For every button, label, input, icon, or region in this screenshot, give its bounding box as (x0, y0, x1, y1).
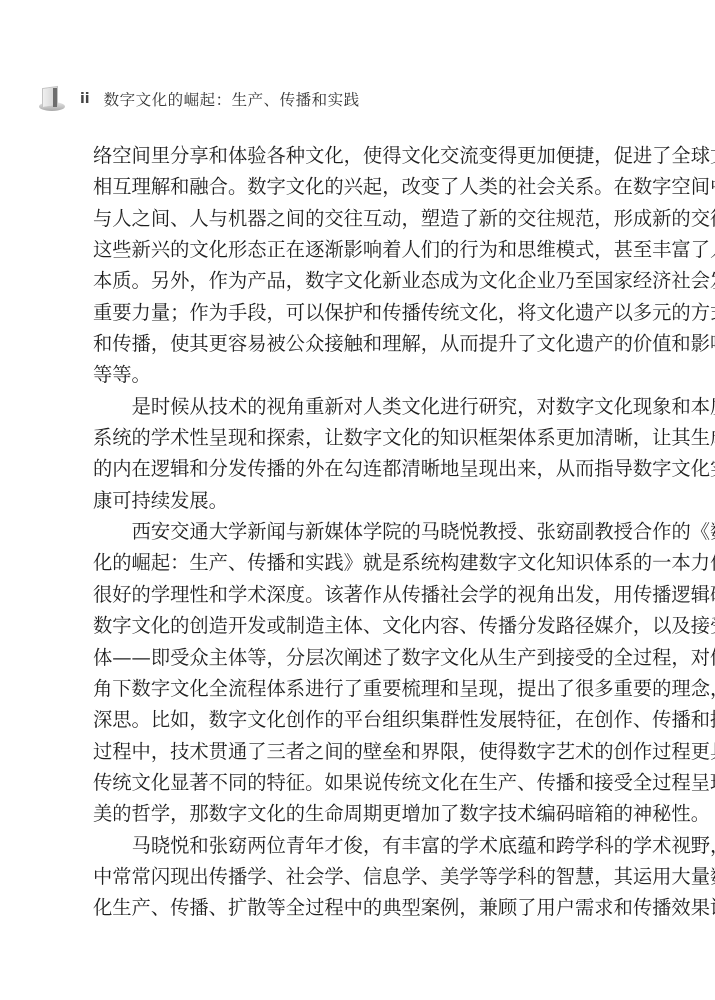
text-line: 传统文化显著不同的特征。如果说传统文化在生产、传播和接受全过程呈现的是 (93, 767, 624, 798)
text-line: 深思。比如，数字文化创作的平台组织集群性发展特征，在创作、传播和接受的 (93, 704, 624, 735)
paragraph-3: 西安交通大学新闻与新媒体学院的马晓悦教授、张窈副教授合作的《数字文 化的崛起：生… (93, 516, 624, 829)
text-line: 数字文化的创造开发或制造主体、文化内容、传播分发路径媒介，以及接受主 (93, 610, 624, 641)
text-line: 本质。另外，作为产品，数字文化新业态成为文化企业乃至国家经济社会发展的 (93, 265, 624, 296)
paragraph-1: 络空间里分享和体验各种文化，使得文化交流变得更加便捷，促进了全球文化的 相互理解… (93, 140, 624, 391)
text-line: 很好的学理性和学术深度。该著作从传播社会学的视角出发，用传播逻辑研究 (93, 579, 624, 610)
running-header: ii 数字文化的崛起：生产、传播和实践 (36, 82, 360, 116)
text-line: 和传播，使其更容易被公众接触和理解，从而提升了文化遗产的价值和影响力， (93, 328, 624, 359)
text-line: 西安交通大学新闻与新媒体学院的马晓悦教授、张窈副教授合作的《数字文 (93, 516, 624, 547)
text-line: 过程中，技术贯通了三者之间的壁垒和界限，使得数字艺术的创作过程更具有与 (93, 736, 624, 767)
text-line: 体——即受众主体等，分层次阐述了数字文化从生产到接受的全过程，对传播视 (93, 642, 624, 673)
text-line: 等等。 (93, 359, 624, 390)
text-line: 的内在逻辑和分发传播的外在勾连都清晰地呈现出来，从而指导数字文化实现健 (93, 453, 624, 484)
text-line: 这些新兴的文化形态正在逐渐影响着人们的行为和思维模式，甚至丰富了人类的 (93, 234, 624, 265)
paragraph-4: 马晓悦和张窈两位青年才俊，有丰富的学术底蕴和跨学科的学术视野，著作 中常常闪现出… (93, 830, 624, 924)
text-line: 美的哲学，那数字文化的生命周期更增加了数字技术编码暗箱的神秘性。 (93, 798, 624, 829)
running-title: 数字文化的崛起：生产、传播和实践 (104, 88, 360, 110)
book-lamp-icon (36, 84, 70, 114)
text-line: 是时候从技术的视角重新对人类文化进行研究，对数字文化现象和本质进行 (93, 391, 624, 422)
text-line: 化生产、传播、扩散等全过程中的典型案例，兼顾了用户需求和传播效果评估等 (93, 892, 624, 923)
text-line: 康可持续发展。 (93, 485, 624, 516)
text-line: 角下数字文化全流程体系进行了重要梳理和呈现，提出了很多重要的理念，引人 (93, 673, 624, 704)
text-line: 络空间里分享和体验各种文化，使得文化交流变得更加便捷，促进了全球文化的 (93, 140, 624, 171)
text-line: 重要力量；作为手段，可以保护和传播传统文化，将文化遗产以多元的方式呈现 (93, 297, 624, 328)
body-text: 络空间里分享和体验各种文化，使得文化交流变得更加便捷，促进了全球文化的 相互理解… (93, 140, 624, 924)
text-line: 系统的学术性呈现和探索，让数字文化的知识框架体系更加清晰，让其生成发展 (93, 422, 624, 453)
text-line: 马晓悦和张窈两位青年才俊，有丰富的学术底蕴和跨学科的学术视野，著作 (93, 830, 624, 861)
page-number: ii (80, 91, 90, 107)
paragraph-2: 是时候从技术的视角重新对人类文化进行研究，对数字文化现象和本质进行 系统的学术性… (93, 391, 624, 516)
text-line: 中常常闪现出传播学、社会学、信息学、美学等学科的智慧，其运用大量数字文 (93, 861, 624, 892)
text-line: 与人之间、人与机器之间的交往互动，塑造了新的交往规范，形成新的交往伦理， (93, 203, 624, 234)
text-line: 相互理解和融合。数字文化的兴起，改变了人类的社会关系。在数字空间中，人 (93, 171, 624, 202)
text-line: 化的崛起：生产、传播和实践》就是系统构建数字文化知识体系的一本力作，有 (93, 547, 624, 578)
